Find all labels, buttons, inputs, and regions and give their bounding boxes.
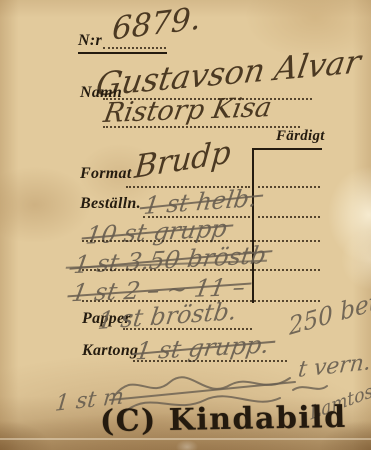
- name-handwriting-line2: Ristorp Kisa: [101, 92, 274, 129]
- fardigt-label: Färdigt: [276, 128, 325, 145]
- nr-label: N:r: [78, 32, 102, 50]
- fardigt-column-rule: [252, 148, 254, 303]
- namn-dotted-line2: [103, 126, 300, 128]
- bestalln-fardigt-dotted: [258, 216, 320, 218]
- format-handwriting: Brudp: [133, 134, 232, 186]
- format-label: Format: [80, 165, 132, 183]
- archive-order-card: 6879. N:r Gustavson Alvar Namn Ristorp K…: [0, 0, 371, 450]
- bottom-crease: [0, 438, 371, 440]
- papper-dotted-line: [123, 328, 252, 330]
- crossed-entry-2-dotted: [82, 269, 320, 271]
- nr-underline: [78, 52, 167, 54]
- crossed-entry-1-dotted: [82, 240, 320, 242]
- kartong-label: Kartong: [82, 342, 138, 360]
- price-note-handwriting: 250 bet: [288, 287, 371, 341]
- fardigt-underline: [252, 148, 322, 150]
- nr-dotted-line: [103, 47, 166, 49]
- bestalln-label: Beställn.: [80, 195, 141, 213]
- format-fardigt-dotted: [258, 186, 320, 188]
- kindabild-watermark: (C) Kindabild: [100, 400, 347, 439]
- order-number-handwriting: 6879.: [111, 0, 201, 47]
